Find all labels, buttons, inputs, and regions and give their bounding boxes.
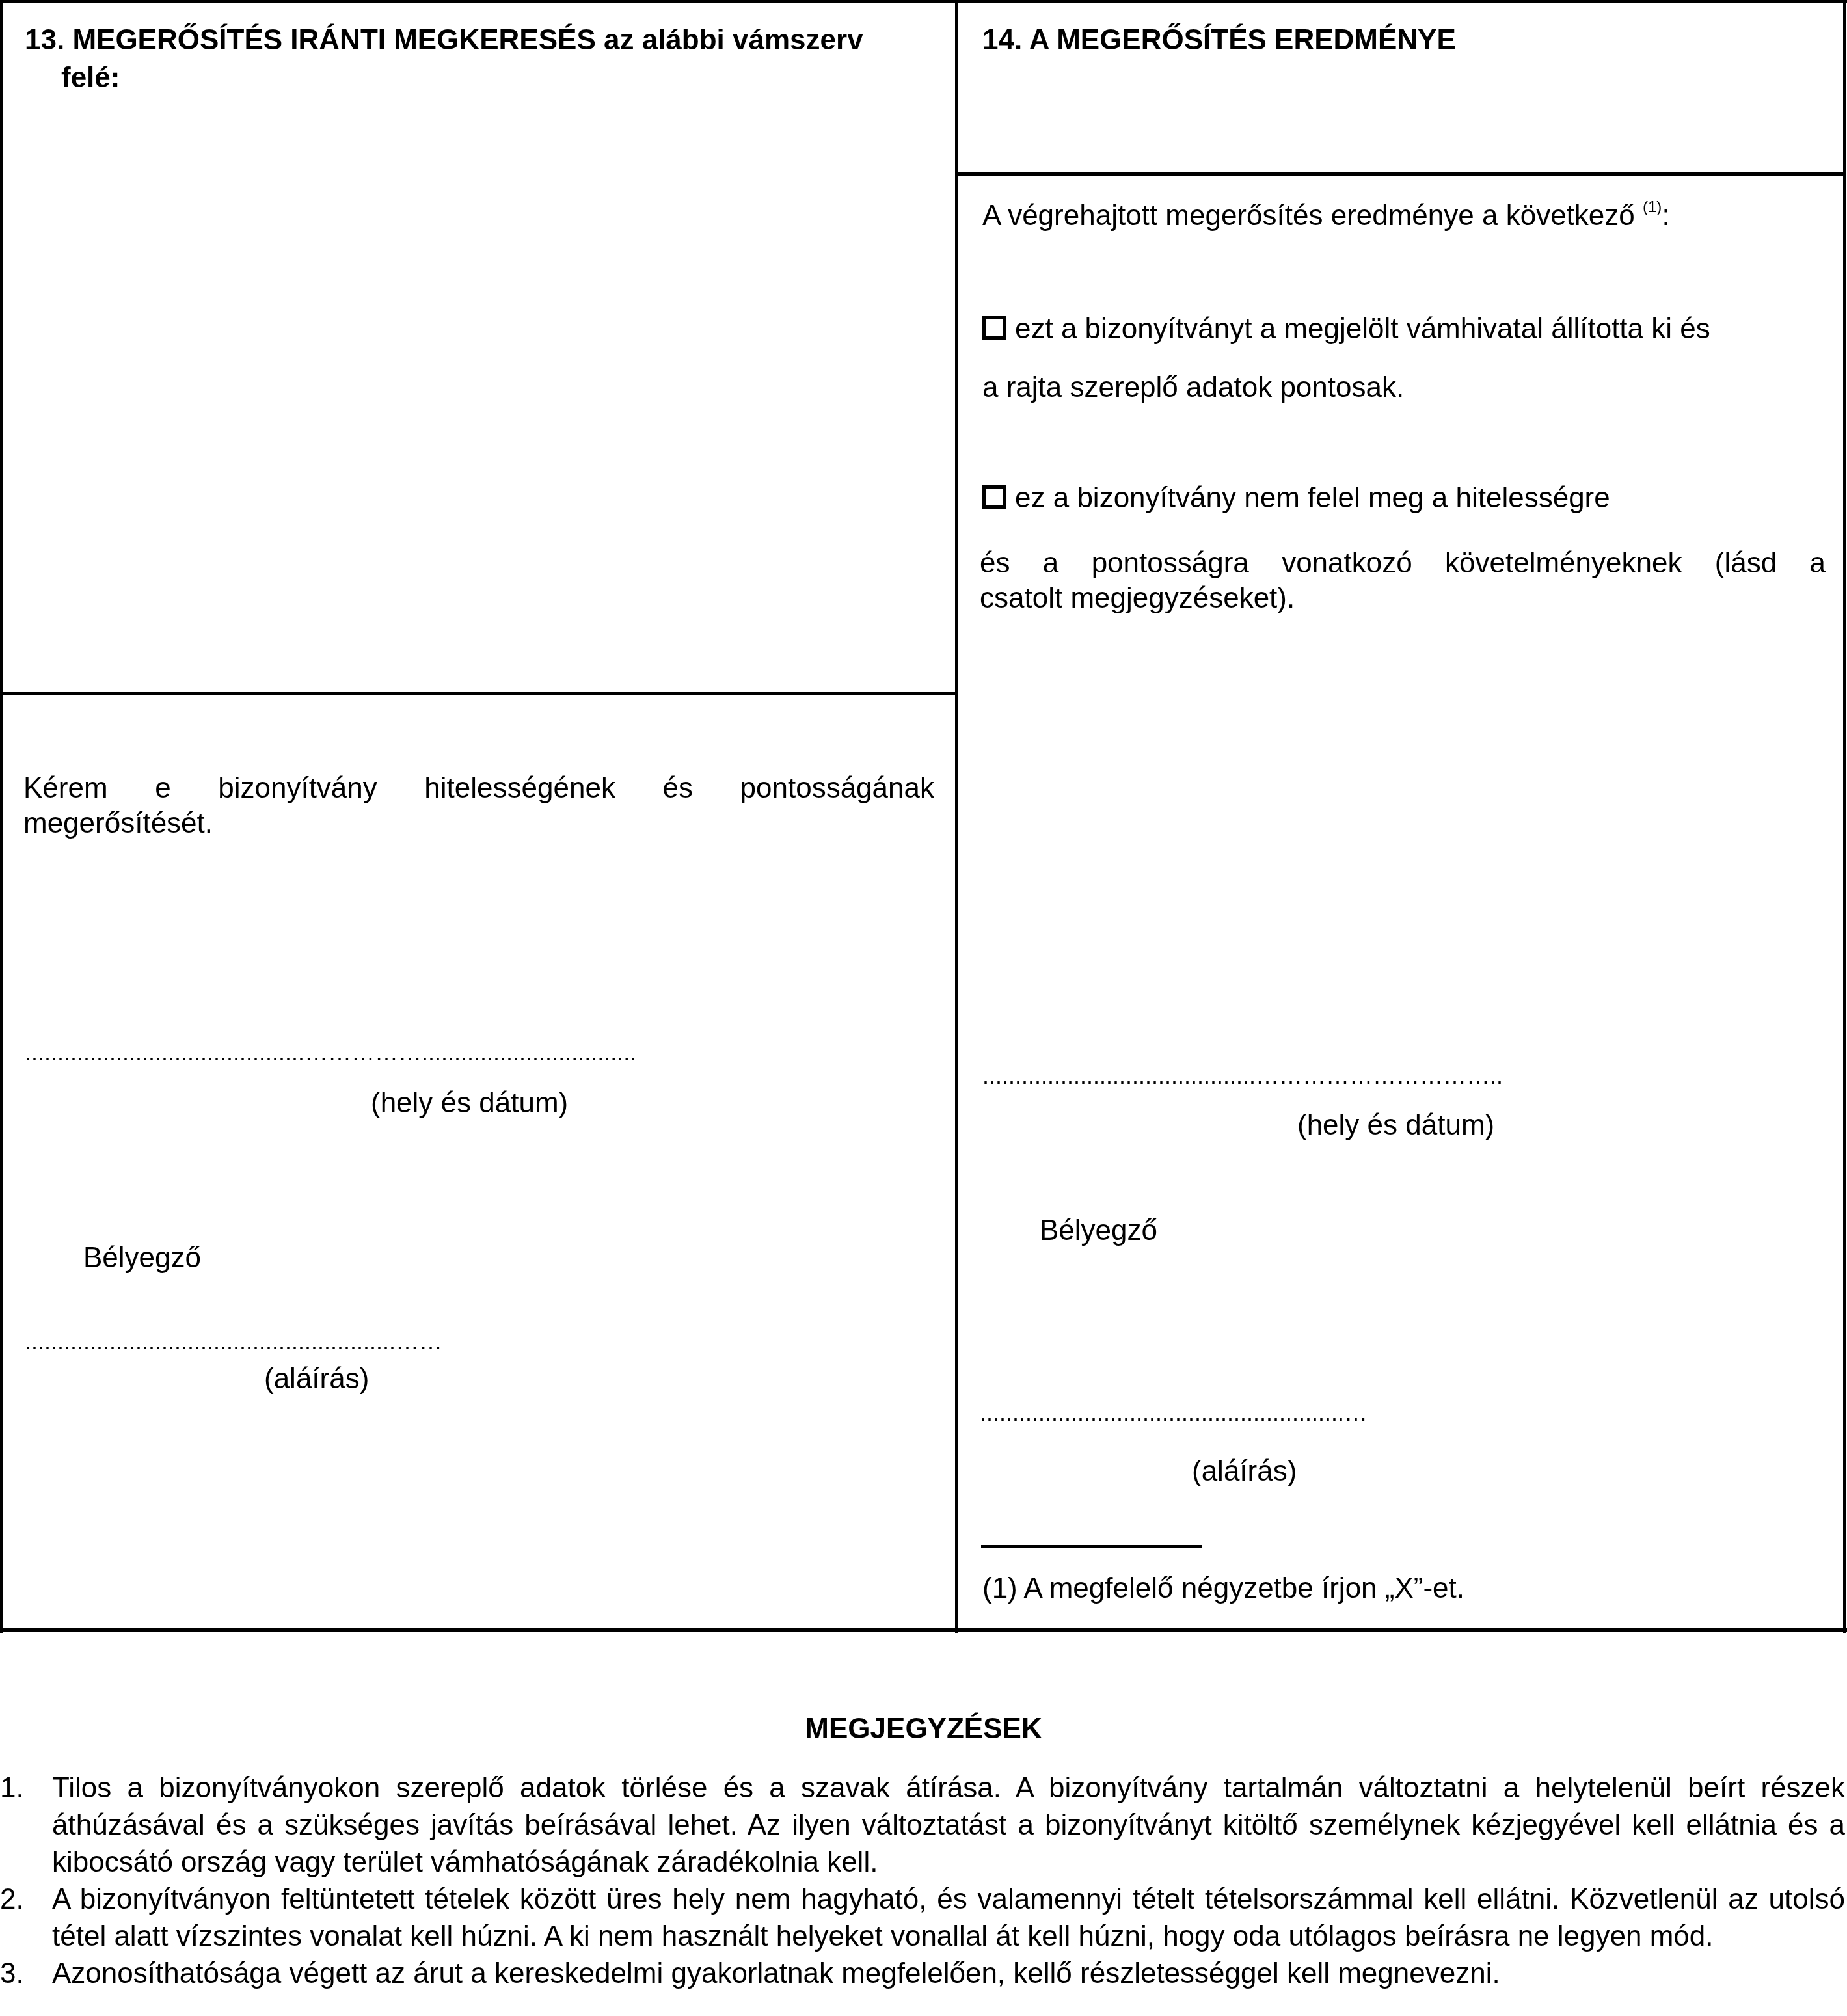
box14-stamp-label: Bélyegző [1040,1214,1157,1248]
form-border-top [0,0,1847,3]
box14-signature-label: (aláírás) [1192,1455,1297,1489]
box13-request-text-line1: Kérem e bizonyítvány hitelességének és p… [23,772,934,806]
note-item: 3. Azonosíthatósága végett az árut a ker… [0,1955,1845,1992]
box14-intro-text: A végrehajtott megerősítés eredménye a k… [982,200,1635,232]
box13-signature-field[interactable]: ........................................… [25,1327,532,1355]
box14-heading: 14. A MEGERŐSÍTÉS EREDMÉNYE [982,23,1456,58]
note-text: Azonosíthatósága végett az árut a keresk… [52,1957,1500,1989]
box14-intro: A végrehajtott megerősítés eredménye a k… [982,199,1670,234]
box13-divider [0,692,958,695]
checkbox-not-authentic[interactable] [982,485,1006,509]
notes-title: MEGJEGYZÉSEK [0,1712,1847,1747]
box14-signature-field[interactable]: ........................................… [980,1399,1474,1427]
footnote-separator [981,1545,1202,1548]
option-authentic-line1: ezt a bizonyítványt a megjelölt vámhivat… [1015,313,1710,345]
option-not-authentic: ez a bizonyítvány nem felel meg a hitele… [982,481,1610,516]
notes-list: 1. Tilos a bizonyítványokon szereplő ada… [0,1769,1845,1992]
footnote-text: (1) A megfelelő négyzetbe írjon „X”-et. [982,1572,1464,1606]
form-border-bottom [0,1628,1847,1632]
form-border-right [1843,0,1846,1633]
box13-place-date-label: (hely és dátum) [371,1086,568,1121]
option-authentic: ezt a bizonyítványt a megjelölt vámhivat… [982,312,1710,347]
note-item: 1. Tilos a bizonyítványokon szereplő ada… [0,1769,1845,1881]
option-authentic-line2: a rajta szereplő adatok pontosak. [982,371,1404,405]
note-item: 2. A bizonyítványon feltüntetett tételek… [0,1881,1845,1955]
box13-stamp-label: Bélyegző [83,1241,201,1276]
box13-signature-label: (aláírás) [264,1362,369,1397]
option-not-authentic-line3: csatolt megjegyzéseket). [980,582,1295,616]
note-text: A bizonyítványon feltüntetett tételek kö… [52,1883,1845,1952]
box13-place-date-field[interactable]: ........................................… [25,1038,864,1066]
column-divider [955,0,958,1633]
box14-intro-colon: : [1662,200,1669,232]
box14-divider [955,172,1846,176]
box13-heading-rest: az alábbi vámszerv [596,24,863,56]
box14-place-date-label: (hely és dátum) [1297,1109,1494,1143]
option-not-authentic-line2: és a pontosságra vonatkozó követelmények… [980,546,1826,581]
note-number: 1. [0,1769,24,1807]
box14-place-date-field[interactable]: ........................................… [982,1062,1724,1090]
checkbox-authentic[interactable] [982,316,1006,340]
option-not-authentic-line1: ez a bizonyítvány nem felel meg a hitele… [1015,482,1610,514]
box13-heading: 13. MEGERŐSÍTÉS IRÁNTI MEGKERESÉS az alá… [25,23,949,58]
note-number: 2. [0,1881,24,1918]
form-border-left [0,0,3,1633]
box13-heading-bold: 13. MEGERŐSÍTÉS IRÁNTI MEGKERESÉS [25,24,596,56]
box13-request-text-line2: megerősítését. [23,807,213,841]
note-text: Tilos a bizonyítványokon szereplő adatok… [52,1772,1845,1878]
box13-heading-line2: felé: [61,61,120,96]
footnote-ref: (1) [1643,198,1662,216]
note-number: 3. [0,1955,24,1992]
